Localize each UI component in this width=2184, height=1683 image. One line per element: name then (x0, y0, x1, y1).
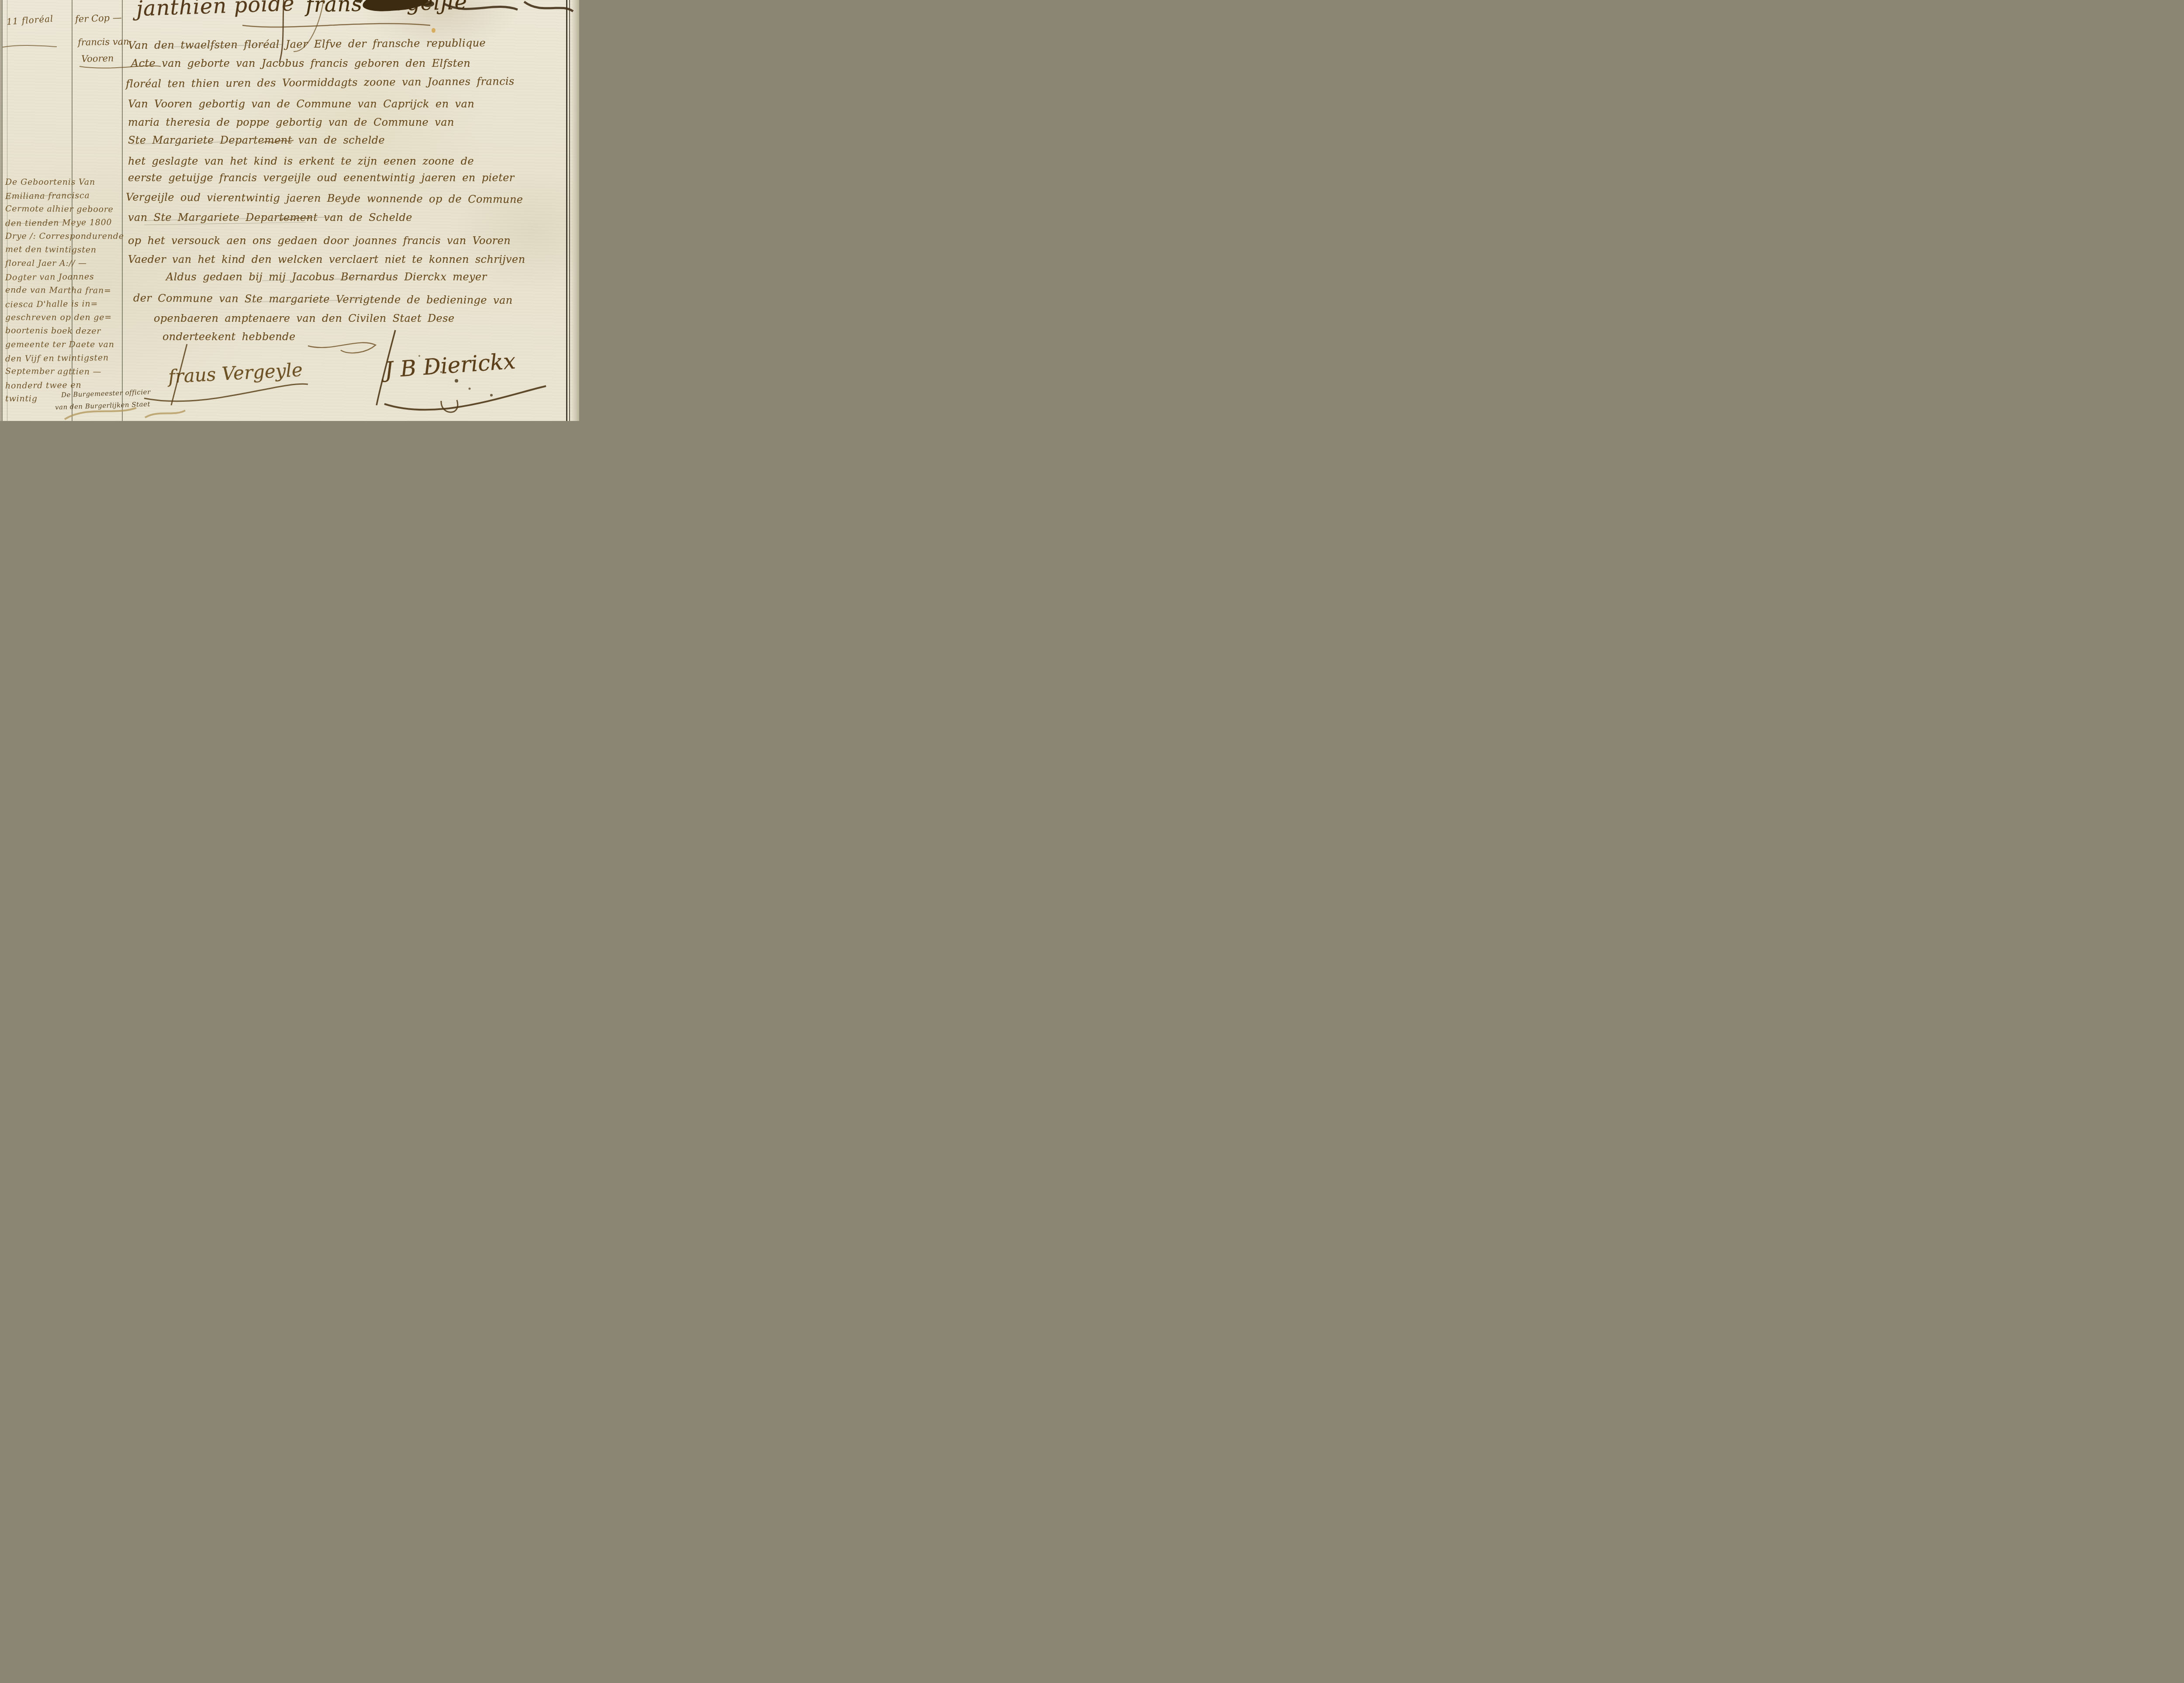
margin-note-line: met den twintigsten (5, 243, 145, 257)
column-rule-outer (2, 0, 3, 421)
margin-note-line: Emiliana francisca (5, 188, 145, 203)
heading-underline-flourish (242, 24, 430, 27)
body-line: van Ste Margariete Departement van de Sc… (128, 211, 412, 224)
margin-note-line: ende van Martha fran= (5, 283, 145, 298)
body-line: Van Vooren gebortig van de Commune van C… (128, 98, 474, 110)
mayor-signature-loop (441, 400, 458, 412)
margin-annotation: De Geboortenis Van Emiliana francisca Ce… (5, 176, 145, 406)
body-line: Aldus gedaen bij mij Jacobus Bernardus D… (166, 271, 487, 283)
heading-fragment-left: janthien poide (136, 0, 295, 21)
margin-entry-ref: fer Cop — (75, 12, 122, 24)
margin-entry-date: 11 floréal (6, 13, 54, 27)
witness-signature: fraus Vergeyle (168, 359, 303, 387)
margin-note-line: gemeente ter Daete van (5, 338, 145, 352)
body-line: Van den twaelfsten floréal Jaer Elfve de… (128, 37, 486, 52)
scan-right-edge (570, 0, 579, 421)
body-line: eerste getuijge francis vergeijle oud ee… (128, 172, 515, 184)
body-line: op het versouck aen ons gedaen door joan… (128, 235, 511, 247)
body-line: maria theresia de poppe gebortig van de … (128, 116, 454, 128)
margin-child-name-line-1: francis van (78, 36, 129, 48)
margin-note-line: boortenis boek dezer (5, 324, 145, 338)
body-line: Vergeijle oud vierentwintig jaeren Beyde… (126, 191, 523, 206)
mayor-signature-underline (384, 386, 546, 410)
body-line: Acte van geborte van Jacobus francis geb… (131, 57, 470, 69)
mayor-signature: J B Dierickx (384, 348, 516, 383)
margin-note-line: floreal Jaer A:// — (5, 257, 145, 270)
margin-note-line: De Geboortenis Van (5, 176, 145, 189)
margin-dash-stroke (3, 45, 57, 47)
ink-spatter (455, 379, 458, 383)
body-line: Ste Margariete Departement van de scheld… (128, 134, 385, 146)
margin-note-line: ciesca D'halle is in= (5, 297, 145, 311)
body-line: onderteekent hebbende (162, 331, 296, 343)
margin-child-name-line-2: Vooren (81, 53, 114, 64)
body-line: Vaeder van het kind den welcken verclaer… (128, 253, 525, 266)
paper-stain (432, 28, 435, 33)
margin-note-line: Dogter van Joannes (5, 269, 145, 284)
registry-page: janthien poide frans Vergeijle 11 floréa… (0, 0, 579, 421)
ink-spatter (490, 394, 493, 397)
body-line: openbaeren amptenaere van den Civilen St… (154, 312, 455, 324)
margin-note-line: Cermote alhier geboore (5, 202, 145, 217)
closing-flourish (308, 343, 376, 353)
ink-blot-small (423, 1, 434, 7)
cutoff-signature-stroke (145, 410, 185, 417)
page-right-border-2 (569, 0, 570, 421)
body-line: het geslagte van het kind is erkent te z… (128, 155, 474, 167)
page-right-border (566, 0, 567, 421)
body-line: der Commune van Ste margariete Verrigten… (133, 292, 513, 306)
body-line: floréal ten thien uren des Voormiddagts … (126, 75, 515, 90)
margin-note-line: den tienden Meye 1800 (5, 215, 145, 230)
ink-spatter (469, 388, 471, 390)
margin-note-line: geschreven op den ge= (5, 311, 145, 324)
margin-note-line: September agttien — (5, 365, 145, 379)
margin-note-line: den Vijf en twintigsten (5, 351, 145, 366)
margin-note-line: Drye /: Correspondurende (5, 230, 145, 243)
